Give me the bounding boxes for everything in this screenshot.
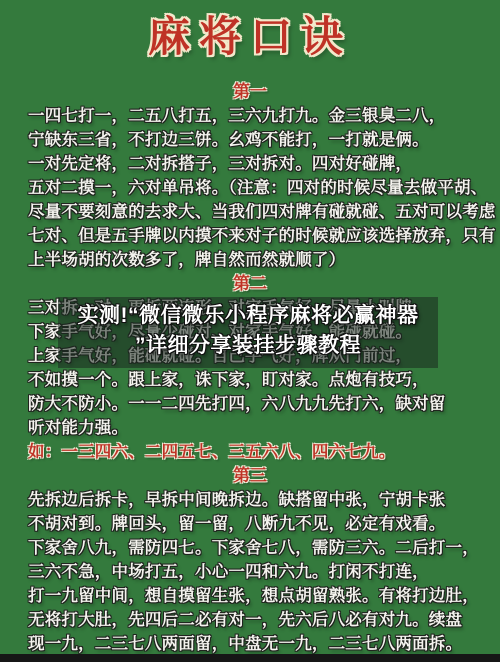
mnemonic-line: 打一九留中间，想自摸留生张，想点胡留熟张。有将打边肚，: [28, 584, 496, 608]
bottom-black-bar: [0, 654, 500, 662]
mnemonic-line: 一对先定将，二对拆搭子，三对拆对。四对好碰牌，: [28, 152, 496, 176]
overlay-ad-line1: 实测!“微信微乐小程序麻将必赢神器: [58, 301, 438, 331]
mahjong-tips-poster: 麻将口诀 第一 一四七打一，二五八打五，三六九打九。金三银臭二八， 宁缺东三省，…: [0, 0, 500, 662]
mnemonic-line: 五对二摸一，六对单吊将。（注意：四对的时候尽量去做平胡、: [28, 176, 496, 200]
mnemonic-line: 不如摸一个。跟上家，诛下家，盯对家。点炮有技巧，: [28, 368, 496, 392]
section-three-header: 第三: [0, 464, 500, 488]
mnemonic-line: 上半场胡的次数多了，牌自然而然就顺了）: [28, 248, 496, 272]
mnemonic-line: 不胡对到。牌回头，留一留，八断九不见，必定有戏看。: [28, 512, 496, 536]
mnemonic-line: 一四七打一，二五八打五，三六九打九。金三银臭二八，: [28, 104, 496, 128]
section-two-header: 第二: [0, 272, 500, 296]
mnemonic-line: 尽量不要刻意的去求大、当我们四对牌有碰就碰、五对可以考虑: [28, 200, 496, 224]
mnemonic-line: 先拆边后拆卡，早拆中间晚拆边。缺搭留中张，宁胡卡张: [28, 488, 496, 512]
mnemonic-line: 三六不急，中场打五，小心一四和六九。打闲不打连，: [28, 560, 496, 584]
section-one-header: 第一: [0, 80, 500, 104]
example-sequence-line: 如：一三四六、二四五七、三五六八、四六七九。: [28, 440, 496, 464]
mnemonic-line: 无将打大肚，先四后二必有对一，先六后八必有对九。续盘: [28, 608, 496, 632]
mnemonic-line: 七对、但是五手牌以内摸不来对子的时候就应该选择放弃，只有: [28, 224, 496, 248]
overlay-ad-line2: ”详细分享装挂步骤教程: [58, 331, 438, 361]
mnemonic-line: 现一九，二三七八两面留，中盘无一九，二三七八两面拆。: [28, 632, 496, 656]
poster-title: 麻将口诀: [0, 0, 500, 64]
section-three-body: 先拆边后拆卡，早拆中间晚拆边。缺搭留中张，宁胡卡张 不胡对到。牌回头，留一留，八…: [0, 488, 500, 656]
section-one-body: 一四七打一，二五八打五，三六九打九。金三银臭二八， 宁缺东三省，不打边三饼。幺鸡…: [0, 104, 500, 272]
overlay-ad-banner: 实测!“微信微乐小程序麻将必赢神器 ”详细分享装挂步骤教程: [58, 297, 438, 368]
mnemonic-line: 听对能力强。: [28, 416, 496, 440]
mnemonic-line: 宁缺东三省，不打边三饼。幺鸡不能打，一打就是俩。: [28, 128, 496, 152]
mnemonic-line: 防大不防小。一一二四先打四，六八九九先打六，缺对留: [28, 392, 496, 416]
mnemonic-line: 下家舍八九，需防四七。下家舍七八，需防三六。二后打一，: [28, 536, 496, 560]
